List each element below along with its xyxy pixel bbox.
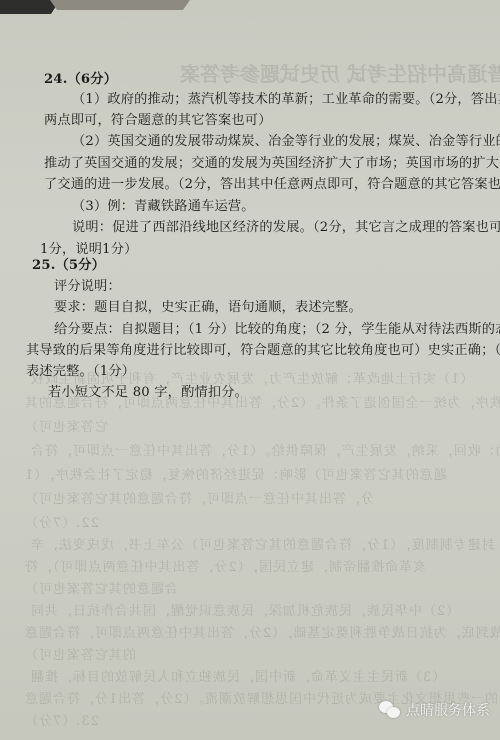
bleed-line: （2）中华民族，民族危机加深，民族意识觉醒，国共合作抗日，共同 (30, 600, 459, 619)
bleed-line: （2）主动：收回，采纳，发展生产，保障供给。（1分，答出其中任意一点即可，符合 (30, 440, 500, 459)
photo-desk-edge (50, 0, 190, 10)
bleed-line: 的其它答案也可） (24, 644, 136, 663)
question-24-heading: 24.（6分） (44, 68, 117, 87)
q24-part3-explanation: 说明：促进了西部沿线地区经济的发展。（2分，其它言之成理的答案也可，举例 (72, 216, 500, 235)
question-25-heading: 25.（5分） (32, 254, 105, 273)
q25-requirement: 要求：题目自拟，史实正确，语句通顺，表述完整。 (54, 296, 362, 315)
watermark-text: 点睛服务体系 (406, 700, 490, 720)
q25-deduction-note: 若小短文不足 80 字，酌情扣分。 (48, 381, 248, 400)
bleed-line: 23.（7分） (24, 710, 99, 729)
q25-scoring-title: 评分说明： (54, 275, 121, 294)
q24-part3-example: （3）例：青藏铁路通车运营。 (72, 195, 255, 214)
q24-part2-line1: （2）英国交通的发展带动煤炭、冶金等行业的发展；煤炭、冶金等行业的发展又 (72, 130, 500, 149)
bleed-line: 22.（7分） (24, 512, 99, 531)
bleed-line: 亥革命推翻帝制，建立民国，（2分，答出其中任意两点即可），符 (24, 556, 426, 575)
q25-points-line2: 其导致的后果等角度进行比较即可，符合题意的其它比较角度也可）史实正确；（1分） (26, 339, 500, 358)
watermark: 点睛服务体系 (379, 700, 490, 720)
bleed-line: 题意的其它答案也可）影响：促进经济的恢复，稳定了社会秩序，（1 (24, 464, 447, 483)
photo-dark-corner (0, 0, 60, 14)
q24-part1-line2: 两点即可，符合题意的其它答案也可） (44, 109, 272, 128)
q24-part1-line1: （1）政府的推动；蒸汽机等技术的革新；工业革命的需要。（2分，答出其中任意 (72, 88, 500, 107)
bleed-through-header: 2018年河南省普通高中招生考试 历史试题参考答案 (180, 58, 500, 87)
bleed-line: 抗战到底，为抗日战争胜利奠定基础，（2分，答出其中任意两点即可，符合题意 (24, 622, 500, 641)
q24-part2-line3: 了交通的进一步发展。（2分，答出其中任意两点即可，符合题意的其它答案也可） (44, 173, 500, 192)
bleed-line: （3）新民主主义革命，新中国，民族独立和人民解放的目标，推翻 (30, 666, 445, 685)
bleed-line: 合题意的其它答案也可） (24, 578, 178, 597)
wechat-icon (379, 701, 401, 719)
q24-part2-line2: 推动了英国交通的发展；交通的发展为英国经济扩大了市场；英国市场的扩大又刺激 (44, 152, 500, 171)
q25-points-line1: 给分要点：自拟题目；（1 分）比较的角度；（2 分，学生能从对待法西斯的态度及 (54, 318, 500, 337)
bleed-line: （1）封建专制制度，（1分，符合题意的其它答案也可）公车上书，戊戌变法，辛 (30, 534, 500, 553)
q25-points-line3: 表述完整。（1分） (26, 360, 135, 379)
bleed-line: 分，答出其中任意一点即可，符合题意的其它答案也可） (24, 488, 374, 507)
bleed-line: 它答案也可） (24, 416, 108, 435)
